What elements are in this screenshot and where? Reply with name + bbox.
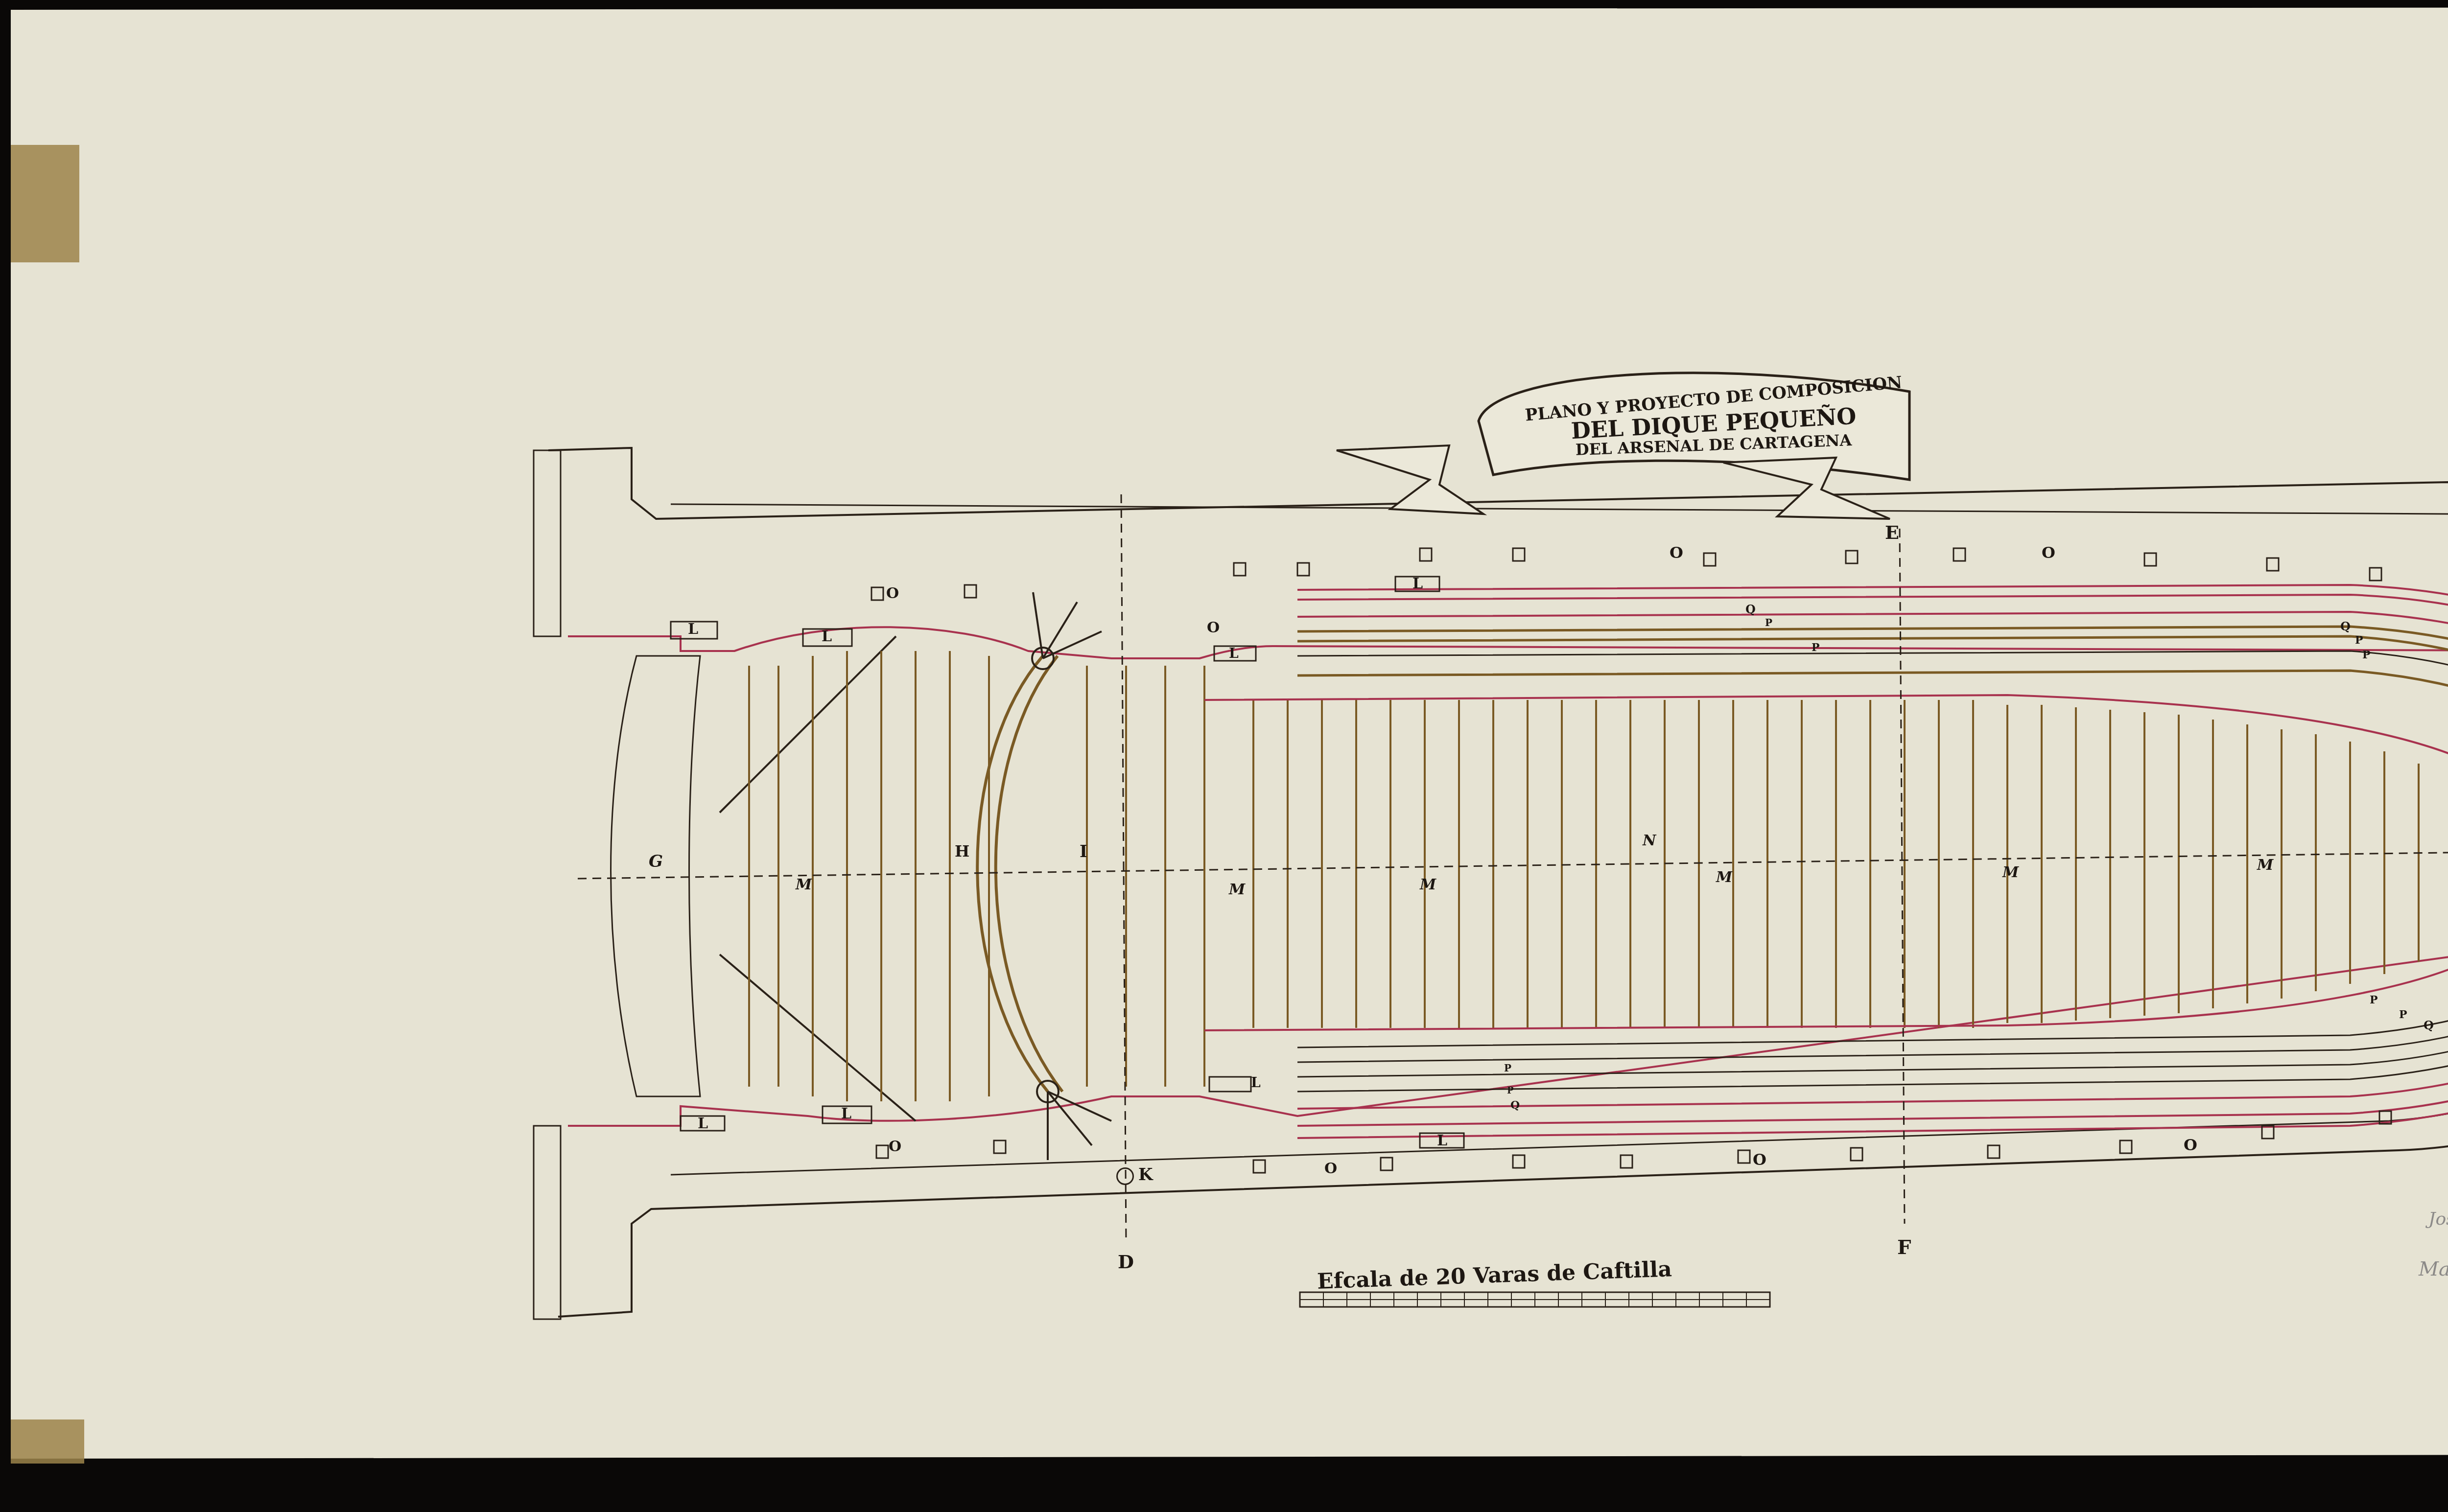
section-marker-f: F — [1897, 1236, 1911, 1259]
letter-p-7: P — [1504, 1062, 1511, 1074]
letter-h: H — [955, 842, 969, 861]
letter-q-1: Q — [1745, 602, 1756, 616]
letter-l-3: L — [1229, 645, 1239, 661]
letter-m-5: M — [2002, 864, 2019, 881]
letter-p-8: P — [1507, 1086, 1514, 1096]
signature-2: Mathec Vodopich — [2419, 1258, 2448, 1280]
letter-p-1: P — [1765, 617, 1772, 628]
letter-k: K — [1138, 1165, 1153, 1185]
scan-background: PLANO Y PROYECTO DE COMPOSICION DEL DIQU… — [0, 0, 2448, 1512]
dock-plan-drawing — [0, 0, 2448, 1512]
section-marker-e: E — [1885, 521, 1899, 543]
letter-l-6: L — [841, 1105, 851, 1122]
paper-sheet — [11, 7, 2448, 1473]
letter-p-6: P — [2399, 1008, 2407, 1021]
letter-m-4: M — [1716, 869, 1732, 886]
letter-l-5: L — [698, 1115, 708, 1132]
letter-p-4: P — [2362, 649, 2371, 661]
letter-m-3: M — [1420, 876, 1436, 893]
tape-bottom-left — [11, 1419, 84, 1464]
letter-q-4: Q — [1510, 1099, 1520, 1112]
letter-o-11: O — [889, 1138, 901, 1155]
letter-i: I — [1080, 842, 1087, 861]
letter-q-3: Q — [2424, 1018, 2434, 1032]
letter-o-8: O — [2184, 1136, 2197, 1154]
letter-m-2: M — [1229, 881, 1245, 898]
letter-p-2: P — [1812, 641, 1820, 654]
letter-l-4: L — [1412, 575, 1423, 592]
scale-bar — [1300, 1292, 1770, 1307]
letter-l-1: L — [688, 621, 698, 638]
letter-o-4: O — [2042, 543, 2055, 562]
letter-p-5: P — [2370, 994, 2378, 1006]
letter-o-3: O — [1670, 543, 1683, 562]
letter-n: N — [1643, 832, 1656, 849]
letter-q-2: Q — [2340, 619, 2351, 633]
letter-m-1: M — [796, 876, 812, 893]
letter-l-2: L — [822, 628, 832, 645]
capstan-k-icon — [1116, 1167, 1134, 1185]
letter-m-6: M — [2257, 857, 2273, 874]
letter-o-2: O — [1207, 619, 1220, 636]
letter-o-9: O — [1753, 1150, 1766, 1169]
letter-o-1: O — [886, 585, 899, 602]
signature-1: Joseph Dufran — [2428, 1209, 2448, 1229]
letter-o-10: O — [1324, 1160, 1337, 1177]
letter-p-3: P — [2355, 634, 2363, 647]
section-marker-d: D — [1118, 1251, 1134, 1273]
letter-l-8: L — [1437, 1132, 1447, 1149]
tape-top-left — [11, 145, 79, 262]
letter-g: G — [649, 852, 663, 871]
letter-l-7: L — [1251, 1074, 1261, 1091]
